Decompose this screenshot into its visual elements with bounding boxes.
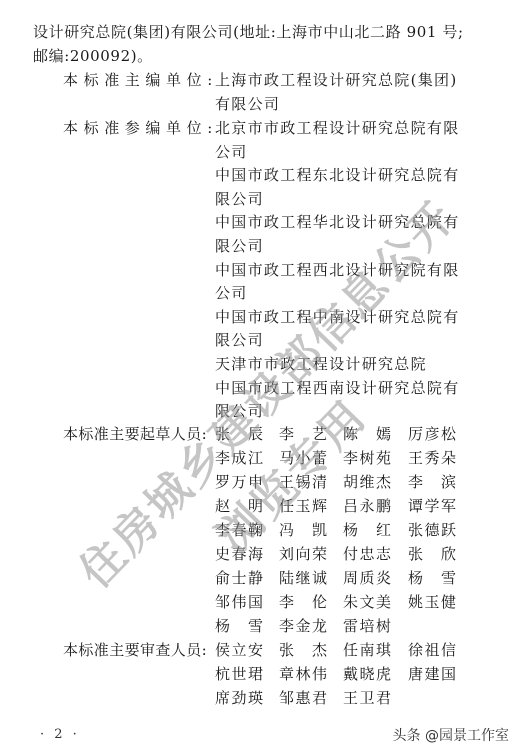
participating-value: 中国市政工程西南设计研究总院有 bbox=[215, 379, 460, 397]
person-name: 杨雪 bbox=[408, 569, 456, 587]
person-name: 陆继诚 bbox=[279, 569, 327, 587]
person-name: 史春海 bbox=[215, 545, 263, 563]
person-name: 王秀朵 bbox=[408, 449, 456, 467]
name-row: 邹伟国李伦朱文美姚玉健 bbox=[215, 593, 465, 611]
person-name: 李成江 bbox=[215, 449, 263, 467]
person-name: 刘向荣 bbox=[279, 545, 327, 563]
name-row: 李春鞠冯凯杨红张德跃 bbox=[215, 521, 465, 539]
person-name: 朱文美 bbox=[343, 593, 391, 611]
person-name: 席劲瑛 bbox=[215, 689, 263, 707]
participating-value: 北京市市政工程设计研究总院有限 bbox=[215, 119, 460, 137]
person-name: 张辰 bbox=[215, 425, 263, 443]
intro-line-1: 设计研究总院(集团)有限公司(地址:上海市中山北二路 901 号; bbox=[33, 23, 464, 41]
name-row: 史春海刘向荣付忠志张欣 bbox=[215, 545, 465, 563]
person-name: 杭世珺 bbox=[215, 665, 263, 683]
participating-value: 中国市政工程西北设计研究院有限 bbox=[215, 261, 460, 279]
participating-value: 公司 bbox=[215, 143, 248, 161]
person-name: 任玉辉 bbox=[279, 497, 327, 515]
person-name: 李滨 bbox=[408, 473, 456, 491]
person-name: 李树苑 bbox=[343, 449, 391, 467]
participating-value: 中国市政工程东北设计研究总院有 bbox=[215, 166, 460, 184]
person-name: 王卫君 bbox=[343, 689, 391, 707]
participating-value: 中国市政工程华北设计研究总院有 bbox=[215, 213, 460, 231]
person-name: 赵明 bbox=[215, 497, 263, 515]
reviewers-label: 本标准主要审查人员: bbox=[63, 641, 207, 659]
person-name: 唐建国 bbox=[408, 665, 456, 683]
drafters-label: 本标准主要起草人员: bbox=[63, 425, 207, 443]
name-row: 席劲瑛邹惠君王卫君 bbox=[215, 689, 465, 707]
name-row: 张辰李艺陈嫣厉彦松 bbox=[215, 425, 465, 443]
person-name: 戴晓虎 bbox=[343, 665, 391, 683]
person-name: 张欣 bbox=[408, 545, 456, 563]
chief-editor-value: 有限公司 bbox=[215, 95, 280, 113]
participating-value: 天津市市政工程设计研究总院 bbox=[215, 355, 427, 373]
name-row: 李成江马小蕾李树苑王秀朵 bbox=[215, 449, 465, 467]
person-name: 吕永鹏 bbox=[343, 497, 391, 515]
participating-value: 公司 bbox=[215, 284, 248, 302]
intro-line-2: 邮编:200092)。 bbox=[33, 47, 153, 65]
person-name: 杨雪 bbox=[215, 617, 263, 635]
page-number: · 2 · bbox=[40, 727, 80, 742]
participating-value: 限公司 bbox=[215, 190, 264, 208]
name-row: 侯立安张杰任南琪徐祖信 bbox=[215, 641, 465, 659]
person-name: 杨红 bbox=[343, 521, 391, 539]
document-page: 设计研究总院(集团)有限公司(地址:上海市中山北二路 901 号; 邮编:200… bbox=[0, 0, 531, 753]
name-row: 赵明任玉辉吕永鹏谭学军 bbox=[215, 497, 465, 515]
person-name: 李春鞠 bbox=[215, 521, 263, 539]
person-name: 俞士静 bbox=[215, 569, 263, 587]
name-row: 杨雪李金龙雷培树 bbox=[215, 617, 465, 635]
person-name: 胡维杰 bbox=[343, 473, 391, 491]
person-name: 章林伟 bbox=[279, 665, 327, 683]
source-watermark: 头条 @园景工作室 bbox=[393, 725, 509, 745]
chief-editor-label: 本标准主编单位: bbox=[63, 71, 218, 89]
person-name: 侯立安 bbox=[215, 641, 263, 659]
person-name: 李艺 bbox=[279, 425, 327, 443]
participating-value: 中国市政工程中南设计研究总院有 bbox=[215, 308, 460, 326]
person-name: 李金龙 bbox=[279, 617, 327, 635]
participating-value: 限公司 bbox=[215, 237, 264, 255]
person-name: 马小蕾 bbox=[279, 449, 327, 467]
name-row: 罗万申王锡清胡维杰李滨 bbox=[215, 473, 465, 491]
person-name: 罗万申 bbox=[215, 473, 263, 491]
person-name: 厉彦松 bbox=[408, 425, 456, 443]
chief-editor-value: 上海市政工程设计研究总院(集团) bbox=[215, 71, 458, 89]
participating-value: 限公司 bbox=[215, 402, 264, 420]
person-name: 邹伟国 bbox=[215, 593, 263, 611]
person-name: 徐祖信 bbox=[408, 641, 456, 659]
participating-value: 限公司 bbox=[215, 331, 264, 349]
person-name: 任南琪 bbox=[343, 641, 391, 659]
person-name: 张杰 bbox=[279, 641, 327, 659]
person-name: 周质炎 bbox=[343, 569, 391, 587]
person-name: 邹惠君 bbox=[279, 689, 327, 707]
person-name: 姚玉健 bbox=[408, 593, 456, 611]
person-name: 王锡清 bbox=[279, 473, 327, 491]
person-name: 冯凯 bbox=[279, 521, 327, 539]
person-name: 张德跃 bbox=[408, 521, 456, 539]
name-row: 杭世珺章林伟戴晓虎唐建国 bbox=[215, 665, 465, 683]
person-name: 陈嫣 bbox=[343, 425, 391, 443]
person-name: 付忠志 bbox=[343, 545, 391, 563]
name-row: 俞士静陆继诚周质炎杨雪 bbox=[215, 569, 465, 587]
person-name: 李伦 bbox=[279, 593, 327, 611]
person-name: 雷培树 bbox=[343, 617, 391, 635]
person-name: 谭学军 bbox=[408, 497, 456, 515]
participating-label: 本标准参编单位: bbox=[63, 119, 218, 137]
